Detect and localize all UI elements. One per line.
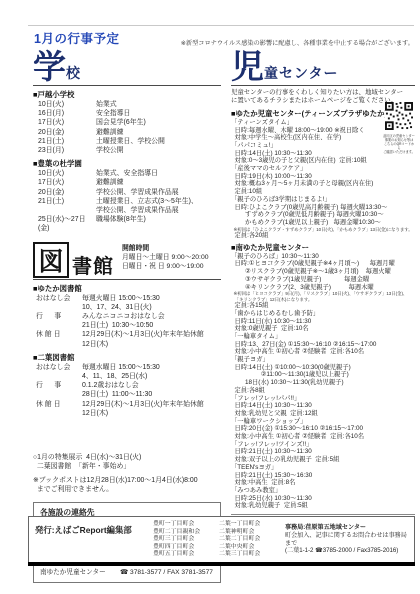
schedule-event: 始業式 [96, 100, 221, 109]
subsection-title: ■二葉図書館 [33, 353, 221, 363]
schedule-row: 10日(火) 始業式 [33, 100, 221, 109]
library-row-value: みんなニコニコおはなし会 [82, 312, 221, 321]
top-divider [28, 25, 414, 26]
page-title: 1月の行事予定 [34, 29, 119, 47]
schedule-row: 20日(金) 学校公開、学習成果作品展 [33, 188, 221, 197]
schedule-event: 学校公開 [96, 146, 221, 155]
library-row: 28日(土) 11:00〜11:30 [33, 390, 221, 399]
library-row: 12日(木) [33, 409, 221, 418]
office-note: 町会加入、記事に関するお問合わせは事務局まで [285, 532, 410, 548]
schedule-date: 25日(水)〜27日(金) [33, 215, 96, 233]
library-row: 21日(土) 10:30〜10:50 [33, 321, 221, 330]
library-row-label [33, 372, 82, 381]
town-association: 二葉二丁目町会 [219, 536, 279, 544]
event-line: 定員:各20組 [231, 232, 415, 240]
town-association: 二葉一丁目町会 [219, 521, 279, 529]
schedule-date: 20日(金) [33, 188, 96, 197]
contact-row: 南ゆたか児童センター ☎ 3781-3577 / FAX 3781-3577 [40, 568, 215, 577]
library-row: 12日(木) [33, 340, 221, 349]
schedule-rows: 10日(火) 始業式、安全指導日 17日(火) 避難訓練 20日(金) 学校公開… [33, 169, 221, 233]
schedule-event: 避難訓練 [96, 178, 221, 187]
library-hours-line: 月曜日〜土曜日 9:00〜20:00 [122, 253, 209, 262]
schedule-event: 土曜授業日、立志式(3〜5年生)、 [96, 197, 221, 206]
bookpost-note: ※ブックポストは12月28日(水)17:00〜1月4日(水)8:00 までご利用… [33, 476, 221, 494]
event-line: 「歯からはじめるむし歯予防」 [231, 310, 415, 318]
schedule-event: 学校公開、学習成果作品展 [96, 188, 221, 197]
town-association: 豊町一丁目町会 [153, 521, 213, 529]
library-row-value: 21日(土) 10:30〜10:50 [82, 321, 221, 330]
event-line: 対象:小中高生 ①初心者 ②経験者 定員:各10名 [231, 348, 415, 356]
event-line: 定員:各8組 [231, 387, 415, 395]
footer-band: 発行:えばごReport編集部 豊町一丁目町会豊町二丁目親和会豊町三丁目町会豊町… [28, 516, 415, 564]
library-subsection: ■二葉図書館 おはなし会 毎週水曜日 15:00〜15:30 4、11、18、2… [33, 353, 221, 418]
schedule-date [33, 206, 96, 215]
special-exhibit-line: ○1月の特集展示 4日(水)〜31日(火) [33, 453, 221, 462]
town-association: 二葉三丁目町会 [219, 551, 279, 559]
library-row-value: 0.1.2歳おはなし会 [82, 381, 221, 390]
library-row-value: 12月29日(木)〜1月3日(火)年末年始休館 [82, 400, 221, 409]
office-contact: (二葉1-1-2 ☎3785-2000 / Fax3785-2016) [285, 547, 410, 555]
schedule-event: 学校公開、学習成果作品展 [96, 206, 221, 215]
schedule-date: 21日(土) [33, 137, 96, 146]
library-row-label: 休 館 日 [33, 330, 82, 339]
schedule-row: 20日(金) 避難訓練 [33, 128, 221, 137]
schedule-row: 17日(火) 避難訓練 [33, 178, 221, 187]
event-line: 対象:0歳児親子 定員:10名 [231, 325, 415, 333]
schedule-event: 国会見学(6年生) [96, 118, 221, 127]
schedule-date: 10日(火) [33, 100, 96, 109]
right-column-end-rule [231, 514, 415, 515]
library-hours-line: 日曜日・祝 日 9:00〜19:00 [122, 262, 209, 271]
library-row-label: 行 事 [33, 312, 82, 321]
qr-caption: 品川区の児童センター 事業のお知らせ等は こちらのQRコードから ご確認いただけ… [383, 135, 415, 155]
center-subsection: ■南ゆたか児童センター 「親子のひろば」10:30〜11:30 日時:①ヒヨコク… [231, 243, 415, 510]
event-line: ②リスクラブ(0歳児親子※〜1歳3ヶ月頃) 毎週火曜 [231, 268, 415, 276]
left-column: 学 校 ■戸越小学校 10日(火) 始業式 16日(月) [33, 50, 221, 583]
special-exhibit-note: ○1月の特集展示 4日(水)〜31日(火) 二葉図書館 「新年・事始め」 [33, 425, 221, 471]
library-row-label [33, 409, 82, 418]
bottom-bar [28, 562, 415, 566]
schedule-event: 安全指導日 [96, 109, 221, 118]
event-line: 「TEEN'sヨガ」 [231, 464, 415, 472]
library-heading: 書館 [72, 256, 114, 278]
event-line: 「親子ヨガ」 [231, 356, 415, 364]
center-heading-small: 童センター [264, 63, 338, 83]
school-subsections: ■戸越小学校 10日(火) 始業式 16日(月) 安全指導日 17日( [33, 90, 221, 234]
town-association: 豊町三丁目町会 [153, 536, 213, 544]
subsection-title: ■ゆたか図書館 [33, 284, 221, 294]
event-line: 対象:概ね3ヶ月〜5ヶ月未満の子と母親(区内在住) [231, 180, 415, 188]
event-line: ③ウサギクラブ(1歳児親子) 毎週金曜 [231, 276, 415, 284]
schedule-date: 17日(火) [33, 178, 96, 187]
library-row-value: 12日(木) [82, 409, 221, 418]
event-line: すずめクラブ(0歳児低月齢親子) 毎週火曜10:30〜 [231, 211, 415, 219]
library-row-value: 28日(土) 11:00〜11:30 [82, 390, 221, 399]
library-row: おはなし会 毎週火曜日 15:00〜15:30 [33, 294, 221, 303]
library-hours-lines: 月曜日〜土曜日 9:00〜20:00日曜日・祝 日 9:00〜19:00 [122, 253, 209, 271]
library-row: 4、11、18、25日(水) [33, 372, 221, 381]
library-row: 10、17、24、31日(火) [33, 303, 221, 312]
event-line: 「親子のひろば3学期はじまるよ!」 [231, 196, 415, 204]
event-line: 「一輪車タイム」 [231, 333, 415, 341]
event-line: かもめクラブ(1歳児以上親子) 毎週金曜10:30〜 [231, 219, 415, 227]
schedule-date: 17日(火) [33, 118, 96, 127]
schedule-event: 避難訓練 [96, 128, 221, 137]
library-row-value: 10、17、24、31日(火) [82, 303, 221, 312]
event-line: 対象:中高生 定員:8名 [231, 479, 415, 487]
library-heading-rule [33, 279, 221, 280]
event-line: 日時:14日(土) 10:30〜11:30 [231, 402, 415, 410]
library-row-label [33, 340, 82, 349]
schedule-event: 職場体験(8年生) [96, 215, 221, 233]
library-row-label: おはなし会 [33, 294, 82, 303]
school-section-heading: 学 校 [33, 50, 221, 84]
schedule-row: 10日(火) 始業式、安全指導日 [33, 169, 221, 178]
subsection-title: ■豊葉の杜学園 [33, 159, 221, 169]
event-line: ②11:00〜11:30(1歳児以上親子) [231, 371, 415, 379]
schedule-row: 23日(月) 学校公開 [33, 146, 221, 155]
schedule-row: 学校公開、学習成果作品展 [33, 206, 221, 215]
center-heading-rule [231, 85, 415, 86]
content-columns: 学 校 ■戸越小学校 10日(火) 始業式 16日(月) [33, 50, 415, 583]
library-row-label: おはなし会 [33, 363, 82, 372]
newsletter-page: 1月の行事予定 ※新型コロナウイルス感染の影響に配慮し、各種事業を中止する場合が… [0, 0, 420, 594]
event-line: 日時:21日(土) 10:30〜11:30 [231, 448, 415, 456]
library-row-label [33, 390, 82, 399]
event-line: 対象:0〜3歳児の子と父親(区内在住) 定員:10組 [231, 157, 415, 165]
library-row-value: 毎週水曜日 15:00〜15:30 [82, 363, 221, 372]
qr-block: 品川区の児童センター 事業のお知らせ等は こちらのQRコードから ご確認いただけ… [383, 102, 415, 155]
school-heading-big: 学 [33, 50, 66, 84]
library-subsections: ■ゆたか図書館 おはなし会 毎週火曜日 15:00〜15:30 10、17、24… [33, 284, 221, 418]
school-heading-rule [33, 85, 221, 86]
school-subsection: ■戸越小学校 10日(火) 始業式 16日(月) 安全指導日 17日( [33, 90, 221, 155]
schedule-date: 10日(火) [33, 169, 96, 178]
subsection-title: ■戸越小学校 [33, 90, 221, 100]
library-rows: おはなし会 毎週水曜日 15:00〜15:30 4、11、18、25日(水) 行… [33, 363, 221, 418]
schedule-rows: 10日(火) 始業式 16日(月) 安全指導日 17日(火) 国会見学(6年生) [33, 100, 221, 155]
right-column: 児 童センター 児童センターの行事をくわしく知りたい方は、地域センター に置いて… [231, 50, 415, 583]
school-subsection: ■豊葉の杜学園 10日(火) 始業式、安全指導日 17日(火) 避難訓練 [33, 159, 221, 233]
event-line: 日時:20日(金) ①15:30〜16:10 ②16:15〜17:00 [231, 425, 415, 433]
event-lines: 「親子のひろば」10:30〜11:30 日時:①ヒヨコクラブ(0歳児親子※4ヶ月… [231, 253, 415, 510]
schedule-date: 23日(月) [33, 146, 96, 155]
library-row-value: 12月29日(木)〜1月3日(火)年末年始休館 [82, 330, 221, 339]
library-logo-icon: 図 [33, 242, 69, 278]
schedule-date: 21日(土) [33, 197, 96, 206]
library-hours: 開館時間 月曜日〜土曜日 9:00〜20:00日曜日・祝 日 9:00〜19:0… [122, 242, 209, 271]
library-row: 休 館 日 12月29日(木)〜1月3日(火)年末年始休館 [33, 330, 221, 339]
event-line: 対象:乳幼児と父親 定員:12組 [231, 410, 415, 418]
school-heading-small: 校 [66, 63, 81, 83]
subsection-title: ■南ゆたか児童センター [231, 243, 415, 253]
library-row-label: 休 館 日 [33, 400, 82, 409]
schedule-row: 21日(土) 土曜授業日、学校公開 [33, 137, 221, 146]
town-associations-col2: 二葉一丁目町会二葉神明町会二葉二丁目町会二葉中央町会二葉三丁目町会 [219, 521, 279, 559]
schedule-row: 21日(土) 土曜授業日、立志式(3〜5年生)、 [33, 197, 221, 206]
schedule-date: 16日(月) [33, 109, 96, 118]
town-association: 豊町五丁目町会 [153, 551, 213, 559]
library-row: おはなし会 毎週水曜日 15:00〜15:30 [33, 363, 221, 372]
event-line: 「みつあみ教室」 [231, 487, 415, 495]
publisher: 発行:えばごReport編集部 [35, 521, 147, 559]
event-line: 対象:双子以上の乳幼児親子 定員:5組 [231, 456, 415, 464]
event-line: 18日(水) 10:30〜11:30(乳幼児親子) [231, 379, 415, 387]
town-associations-col1: 豊町一丁目町会豊町二丁目親和会豊町三丁目町会豊町四丁目町会豊町五丁目町会 [153, 521, 213, 559]
library-row-value: 毎週火曜日 15:00〜15:30 [82, 294, 221, 303]
library-subsection: ■ゆたか図書館 おはなし会 毎週火曜日 15:00〜15:30 10、17、24… [33, 284, 221, 349]
library-row-value: 4、11、18、25日(水) [82, 372, 221, 381]
contact-facility-name: 南ゆたか児童センター [40, 568, 120, 577]
library-rows: おはなし会 毎週火曜日 15:00〜15:30 10、17、24、31日(火) … [33, 294, 221, 349]
library-row-value: 12日(木) [82, 340, 221, 349]
event-line: 定員:10組 [231, 188, 415, 196]
page-header: 1月の行事予定 ※新型コロナウイルス感染の影響に配慮し、各種事業を中止する場合が… [34, 29, 414, 47]
library-row: 休 館 日 12月29日(木)〜1月3日(火)年末年始休館 [33, 400, 221, 409]
schedule-row: 25日(水)〜27日(金) 職場体験(8年生) [33, 215, 221, 233]
event-line: 対象:小中高生 ①初心者 ②経験者 定員:各10名 [231, 433, 415, 441]
schedule-row: 16日(月) 安全指導日 [33, 109, 221, 118]
office-info: 事務局:荏原第五地域センター 町会加入、記事に関するお問合わせは事務局まで (二… [285, 521, 410, 559]
library-hours-title: 開館時間 [122, 244, 209, 253]
schedule-event: 土曜授業日、学校公開 [96, 137, 221, 146]
event-line: 「産後ママのセルフケア」 [231, 165, 415, 173]
office-title: 事務局:荏原第五地域センター [285, 524, 410, 532]
library-section-heading: 図 書館 開館時間 月曜日〜土曜日 9:00〜20:00日曜日・祝 日 9:00… [33, 242, 221, 278]
schedule-date: 20日(金) [33, 128, 96, 137]
center-heading-big: 児 [231, 50, 264, 84]
center-sections: ■ゆたか児童センター(ティーンズプラザゆたか) 「ティーンズタイム」 日時:毎週… [231, 109, 415, 510]
event-line: 定員:各15組 [231, 302, 415, 310]
covid-disclaimer: ※新型コロナウイルス感染の影響に配慮し、各種事業を中止する場合がございます。 [181, 38, 414, 47]
library-row: 行 事 0.1.2歳おはなし会 [33, 381, 221, 390]
schedule-row: 17日(火) 国会見学(6年生) [33, 118, 221, 127]
event-line: 対象:乳幼児親子 定員:5組 [231, 502, 415, 510]
library-row-label: 行 事 [33, 381, 82, 390]
qr-code-icon [385, 102, 413, 130]
center-section-heading: 児 童センター [231, 50, 415, 84]
library-row-label [33, 303, 82, 312]
special-exhibit-line: 二葉図書館 「新年・事始め」 [33, 462, 221, 471]
library-row: 行 事 みんなニコニコおはなし会 [33, 312, 221, 321]
event-line: ※初回は「ヒヨコクラブ」9日(月)、「リスクラブ」10日(火)、「ウサギクラブ」… [231, 291, 415, 296]
contact-phone-fax: ☎ 3781-3577 / FAX 3781-3577 [120, 568, 215, 577]
schedule-event: 始業式、安全指導日 [96, 169, 221, 178]
library-row-label [33, 321, 82, 330]
